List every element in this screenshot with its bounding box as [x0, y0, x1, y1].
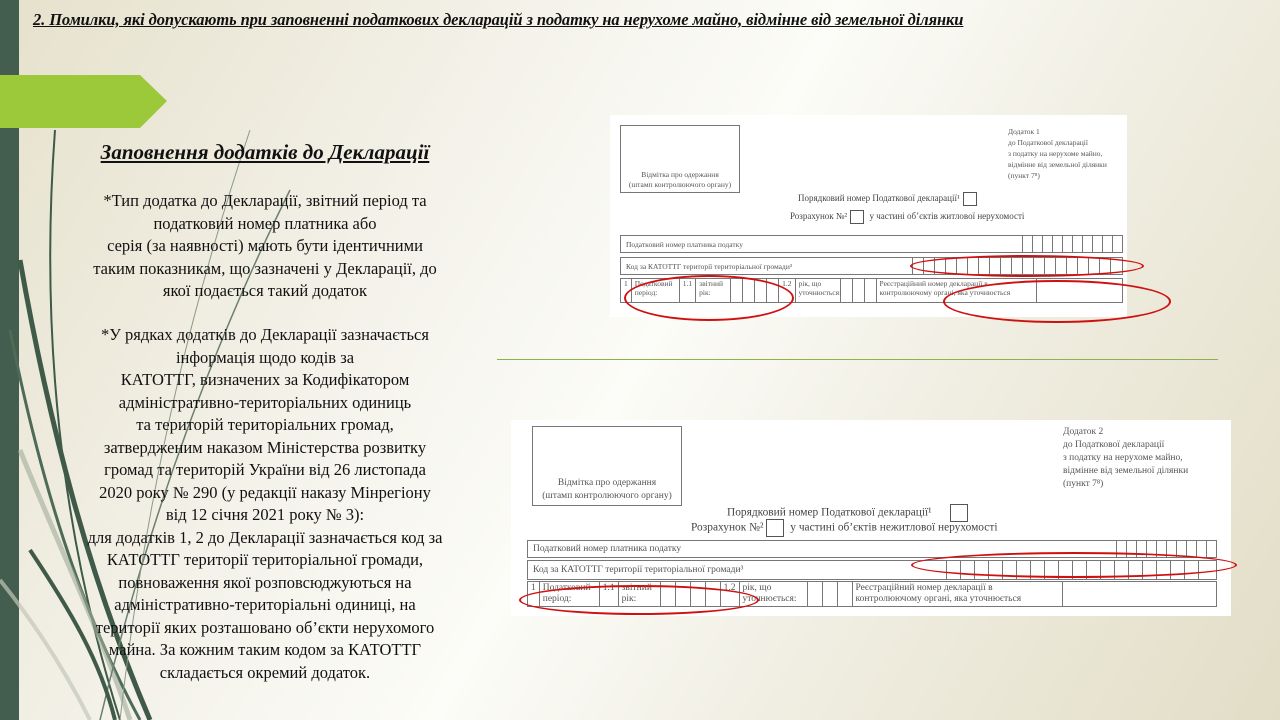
highlight-period-ellipse [624, 275, 794, 321]
highlight-katottg-ellipse [910, 255, 1144, 277]
addendum-header: Додаток 1 до Податкової декларації з под… [1008, 126, 1107, 181]
katottg-code-label: Код за КАТОТТГ території територіальної … [533, 565, 743, 575]
stamp-box: Відмітка про одержання (штамп контролююч… [620, 125, 740, 193]
form-addendum-2-image: Відмітка про одержання (штамп контролююч… [511, 420, 1231, 616]
arrow-tab-decoration [0, 75, 167, 128]
highlight-katottg-ellipse [911, 552, 1237, 578]
slide-title: 2. Помилки, які допускають при заповненн… [33, 10, 1263, 30]
calc-suffix: у частині об’єктів житлової нерухомості [869, 211, 1024, 221]
period-sub2-label: рік, що уточнюється: [796, 279, 841, 302]
highlight-period-ellipse [519, 585, 759, 615]
serial-number-label: Порядковий номер Податкової декларації¹ [798, 193, 960, 203]
calc-number-box [850, 210, 864, 224]
calc-number-box [766, 519, 784, 537]
calc-number-label: Розрахунок №² [790, 211, 847, 221]
serial-number-line: Порядковий номер Податкової декларації¹ [798, 192, 980, 206]
stamp-box: Відмітка про одержання (штамп контролююч… [532, 426, 682, 506]
taxpayer-number-label: Податковий номер платника податку [626, 240, 743, 249]
highlight-registration-ellipse [943, 280, 1171, 323]
addendum-header: Додаток 2 до Податкової декларації з под… [1063, 426, 1188, 491]
paragraph-katottg-codes: *У рядках додатків до Декларації зазнача… [55, 324, 475, 684]
calc-number-line: Розрахунок №² у частині об’єктів житлово… [790, 210, 1024, 224]
calc-number-label: Розрахунок №² [691, 522, 763, 534]
calc-number-line: Розрахунок №² у частині об’єктів нежитло… [691, 519, 998, 537]
calc-suffix: у частині об’єктів нежитлової нерухомост… [790, 522, 997, 534]
registration-number-label: Реєстраційний номер декларації в контрол… [853, 582, 1063, 606]
taxpayer-number-row: Податковий номер платника податку [620, 235, 1123, 253]
stamp-label: Відмітка про одержання (штамп контролююч… [542, 477, 672, 503]
section-subtitle: Заповнення додатків до Декларації [60, 140, 470, 165]
katottg-code-label: Код за КАТОТТГ території територіальної … [626, 262, 792, 271]
paragraph-identity-requirement: *Тип додатка до Декларації, звітний пері… [55, 190, 475, 303]
divider-line [497, 359, 1218, 360]
form-addendum-1-image: Відмітка про одержання (штамп контролююч… [610, 115, 1127, 317]
taxpayer-number-label: Податковий номер платника податку [533, 544, 681, 554]
serial-number-box [963, 192, 977, 206]
stamp-label: Відмітка про одержання (штамп контролююч… [629, 170, 731, 190]
serial-number-label: Порядковий номер Податкової декларації¹ [727, 507, 932, 519]
